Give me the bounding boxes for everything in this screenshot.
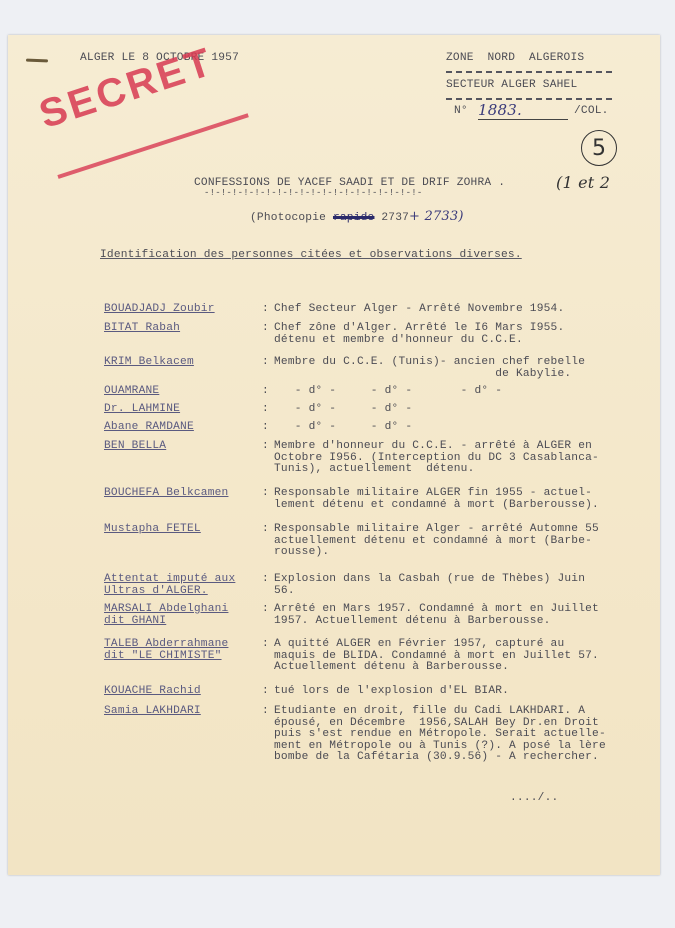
entry-description: actuellement détenu et condamné à mort (… <box>274 535 592 547</box>
continuation-mark: ..../.. <box>510 792 558 804</box>
entry-description: Explosion dans la Casbah (rue de Thèbes)… <box>274 573 585 585</box>
entry-name: Abane RAMDANE <box>104 421 194 433</box>
entry-description: Responsable militaire Alger - arrêté Aut… <box>274 523 599 535</box>
entry-name: Samia LAKHDARI <box>104 705 201 717</box>
entry-name: TALEB Abderrahmane <box>104 638 228 650</box>
section-heading: Identification des personnes citées et o… <box>100 249 522 261</box>
entry-description: Actuellement détenu à Barberousse. <box>274 661 509 673</box>
entry-name: BITAT Rabah <box>104 322 180 334</box>
entry-description: Responsable militaire ALGER fin 1955 - a… <box>274 487 592 499</box>
entry-description: Tunis), actuellement détenu. <box>274 463 475 475</box>
entry-name: Ultras d'ALGER. <box>104 585 208 597</box>
entry-description: rousse). <box>274 546 329 558</box>
entry-colon: : <box>262 356 269 368</box>
entry-colon: : <box>262 403 269 415</box>
entry-name: OUAMRANE <box>104 385 159 397</box>
entry-description: Chef Secteur Alger - Arrêté Novembre 195… <box>274 303 564 315</box>
entry-description: maquis de BLIDA. Condamné à mort en Juil… <box>274 650 599 662</box>
entry-name: Attentat imputé aux <box>104 573 235 585</box>
entry-description: de Kabylie. <box>274 368 571 380</box>
entry-name: KRIM Belkacem <box>104 356 194 368</box>
entry-description: Arrêté en Mars 1957. Condamné à mort en … <box>274 603 599 615</box>
entry-colon: : <box>262 705 269 717</box>
entry-description: lement détenu et condamné à mort (Barber… <box>274 499 599 511</box>
entry-description: - d° - - d° - <box>274 403 412 415</box>
entry-description: Octobre I956. (Interception du DC 3 Casa… <box>274 452 599 464</box>
entry-description: détenu et membre d'honneur du C.C.E. <box>274 334 523 346</box>
entry-description: 1957. Actuellement détenu à Barberousse. <box>274 615 551 627</box>
entry-description: tué lors de l'explosion d'EL BIAR. <box>274 685 509 697</box>
entry-colon: : <box>262 440 269 452</box>
entry-name: Dr. LAHMINE <box>104 403 180 415</box>
zone-label: ZONE NORD ALGEROIS <box>446 52 584 64</box>
sector-label: SECTEUR ALGER SAHEL <box>446 79 577 91</box>
entry-description: ment en Métropole ou à Tunis (?). A posé… <box>274 740 606 752</box>
page-number-circle: 5 <box>581 130 617 166</box>
ink-mark <box>26 59 48 63</box>
entry-name: dit "LE CHIMISTE" <box>104 650 222 662</box>
entry-colon: : <box>262 523 269 535</box>
zone-divider <box>446 71 612 73</box>
entry-name: BOUADJADJ Zoubir <box>104 303 215 315</box>
entry-colon: : <box>262 385 269 397</box>
handwritten-note: (1 et 2 <box>556 173 610 192</box>
entry-colon: : <box>262 487 269 499</box>
title-separator: -!-!-!-!-!-!-!-!-!-!-!-!-!-!-!-!-!-!-!- <box>204 188 422 198</box>
entry-name: KOUACHE Rachid <box>104 685 201 697</box>
entry-name: MARSALI Abdelghani <box>104 603 228 615</box>
entry-description: Membre d'honneur du C.C.E. - arrêté à AL… <box>274 440 592 452</box>
entry-colon: : <box>262 685 269 697</box>
entry-colon: : <box>262 303 269 315</box>
number-value: 1883. <box>478 101 568 120</box>
entry-colon: : <box>262 638 269 650</box>
struck-word: rapide <box>333 212 374 224</box>
entry-colon: : <box>262 603 269 615</box>
number-suffix: /COL. <box>574 105 609 117</box>
entry-description: Membre du C.C.E. (Tunis)- ancien chef re… <box>274 356 585 368</box>
entry-name: Mustapha FETEL <box>104 523 201 535</box>
sector-divider <box>446 98 612 100</box>
entry-colon: : <box>262 573 269 585</box>
entry-name: BOUCHEFA Belkcamen <box>104 487 228 499</box>
photocopy-line: (Photocopie rapide 2737+ 2733) <box>250 209 464 224</box>
entry-description: épousé, en Décembre 1956,SALAH Bey Dr.en… <box>274 717 599 729</box>
entry-colon: : <box>262 322 269 334</box>
entry-description: - d° - - d° - - d° - <box>274 385 502 397</box>
entry-description: 56. <box>274 585 295 597</box>
document-page: ALGER LE 8 OCTOBRE 1957 SECRET ZONE NORD… <box>8 35 660 875</box>
entry-description: A quitté ALGER en Février 1957, capturé … <box>274 638 564 650</box>
entry-colon: : <box>262 421 269 433</box>
entry-description: - d° - - d° - <box>274 421 412 433</box>
entry-description: puis s'est rendue en Métropole. Serait a… <box>274 728 606 740</box>
entry-name: BEN BELLA <box>104 440 166 452</box>
number-label: N° <box>454 105 468 117</box>
entry-description: Chef zône d'Alger. Arrêté le I6 Mars I95… <box>274 322 564 334</box>
entry-name: dit GHANI <box>104 615 166 627</box>
entry-description: bombe de la Cafétaria (30.9.56) - A rech… <box>274 751 599 763</box>
entry-description: Etudiante en droit, fille du Cadi LAKHDA… <box>274 705 585 717</box>
